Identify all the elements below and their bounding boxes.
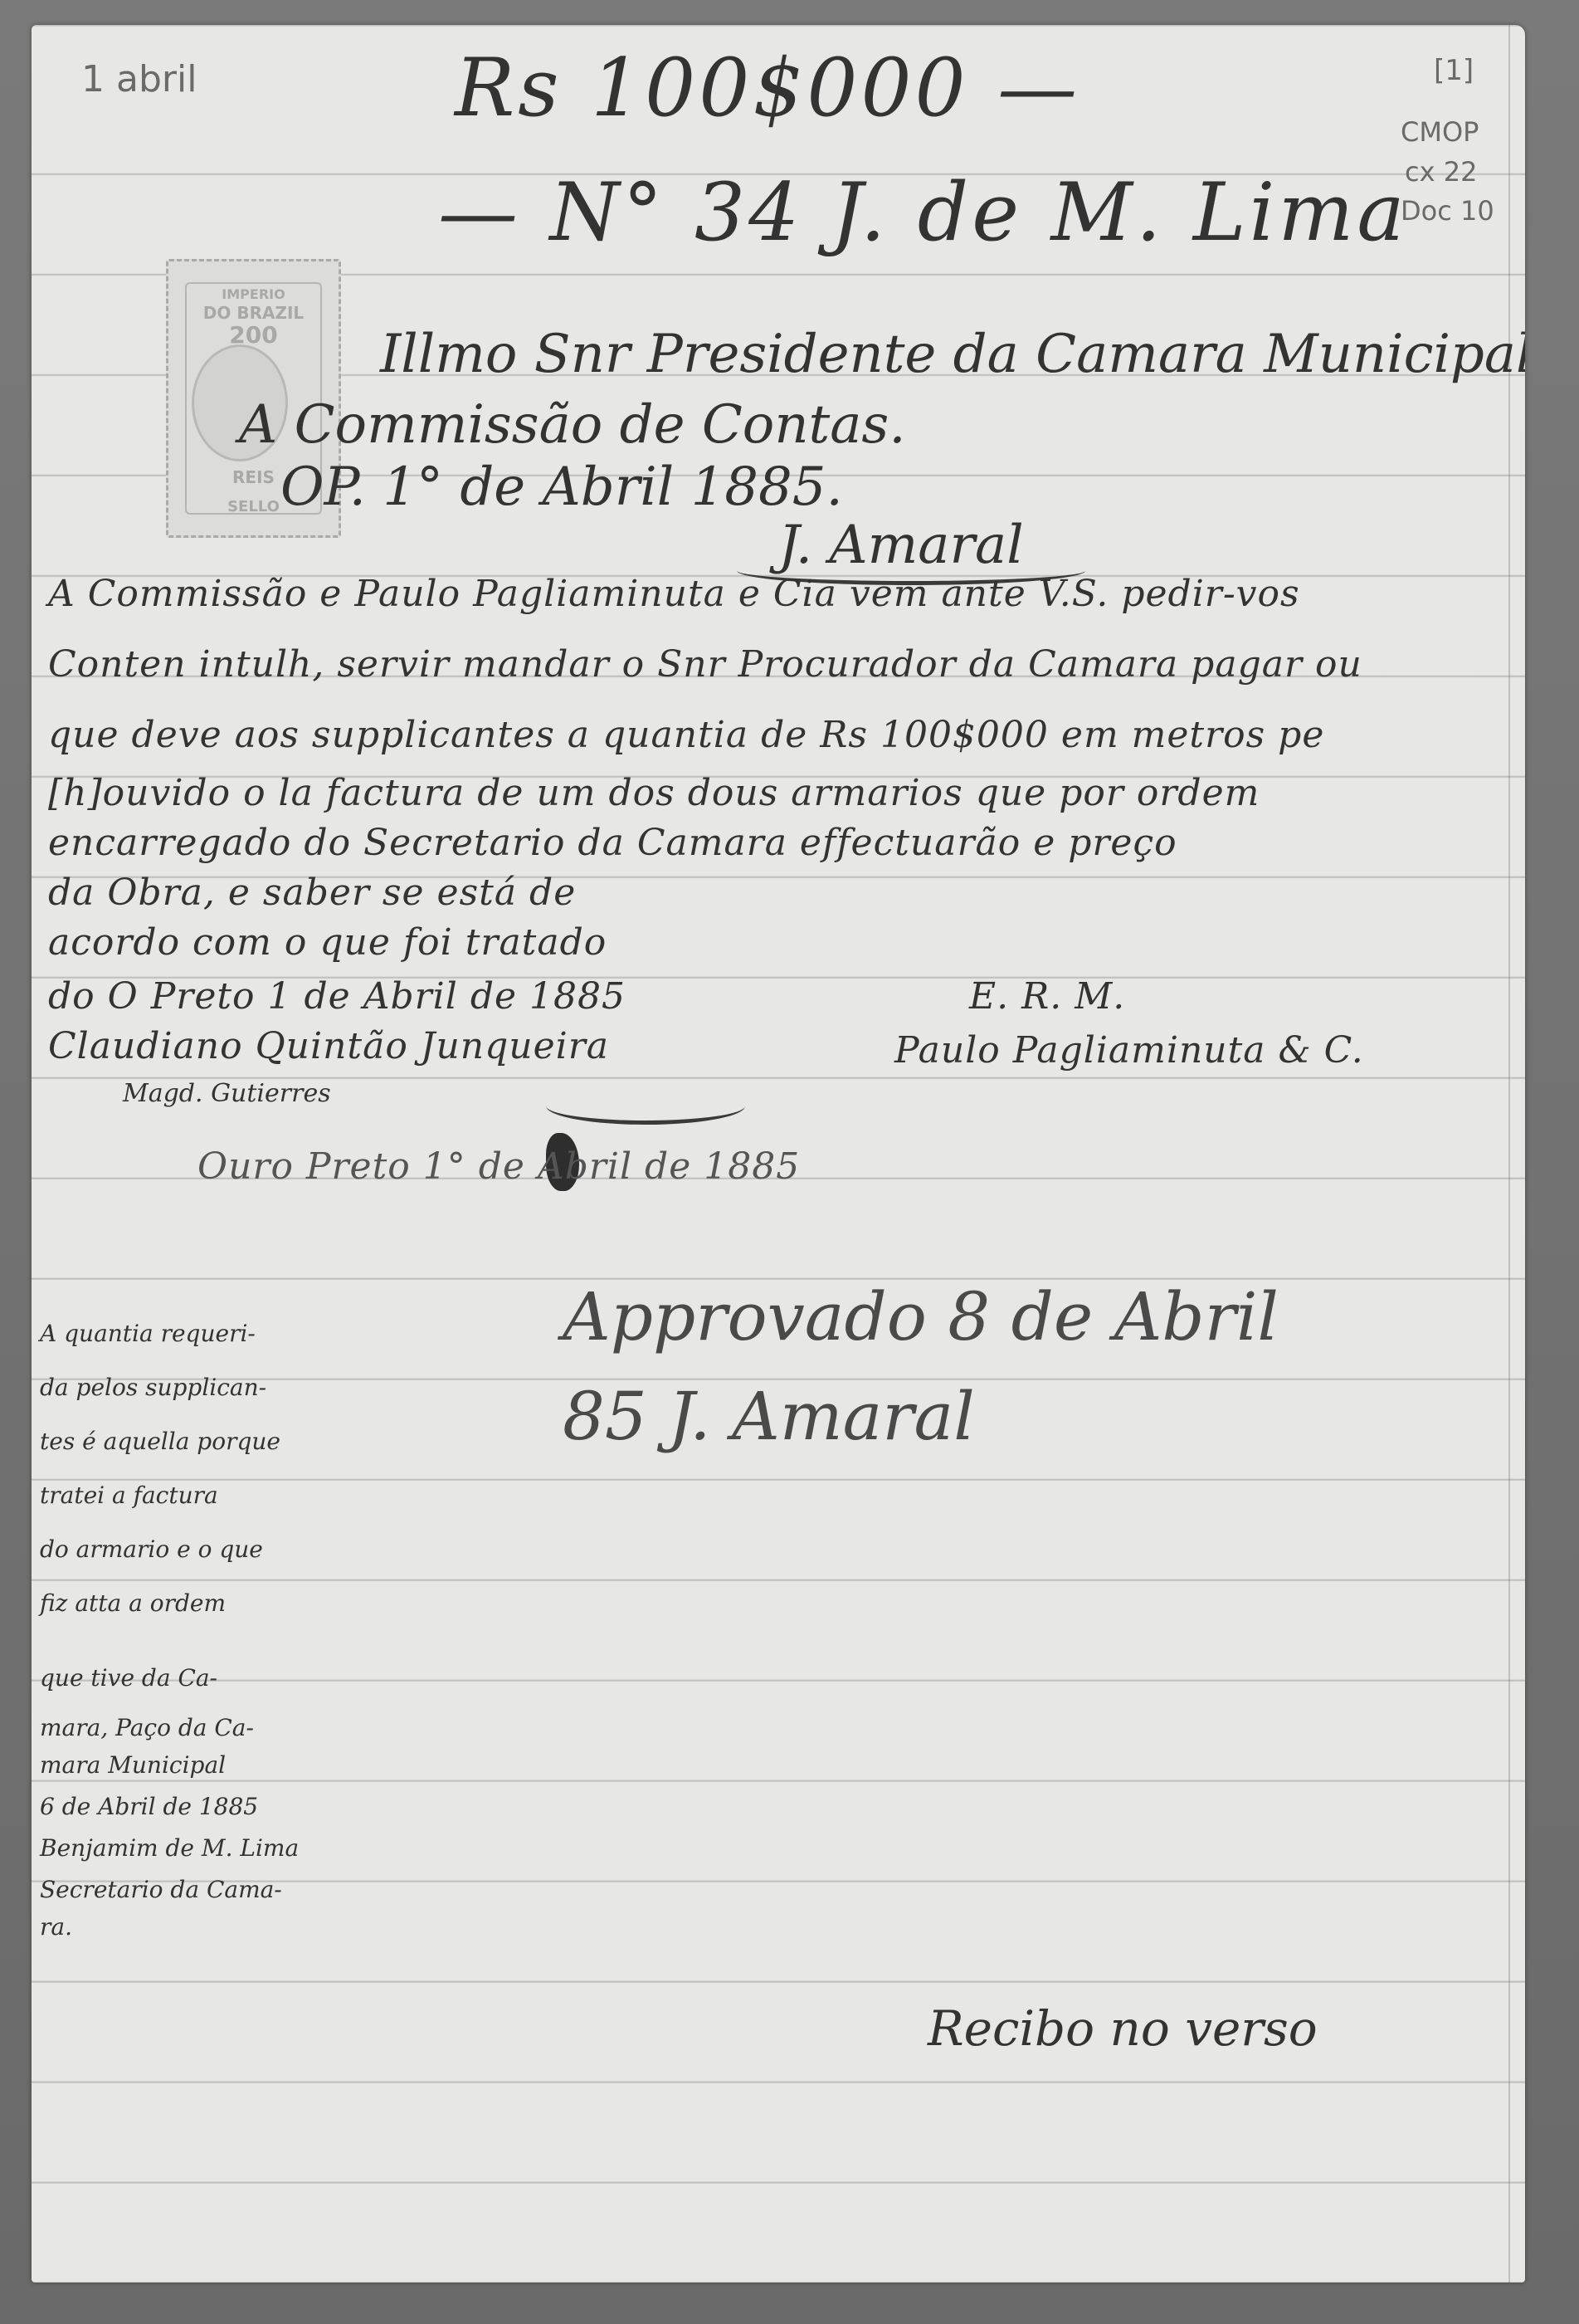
margin-note-line: mara Municipal xyxy=(40,1751,226,1779)
signatory-title: Magd. Gutierres xyxy=(123,1079,331,1108)
margin-note-line: do armario e o que xyxy=(40,1535,263,1563)
petition-line: que deve aos supplicantes a quantia de R… xyxy=(48,714,1324,756)
margin-note-line: Benjamim de M. Lima xyxy=(40,1834,299,1862)
margin-note-line: mara, Paço da Ca- xyxy=(40,1714,254,1741)
closing-place-date: do O Preto 1 de Abril de 1885 xyxy=(48,975,626,1018)
margin-note-line: que tive da Ca- xyxy=(40,1664,217,1692)
stamp-text-brazil: DO BRAZIL xyxy=(168,303,339,323)
petition-line: A Commissão e Paulo Pagliaminuta e Cia v… xyxy=(48,573,1300,615)
margin-note-line: A quantia requeri- xyxy=(40,1320,256,1347)
number-heading: — N° 34 J. de M. Lima xyxy=(438,166,1408,259)
margin-note-line: tes é aquella porque xyxy=(40,1428,280,1455)
approval-line: Approvado 8 de Abril xyxy=(563,1278,1279,1355)
margin-note-line: fiz atta a ordem xyxy=(40,1589,226,1617)
receipt-note: Recibo no verso xyxy=(928,2000,1318,2057)
town-date: Ouro Preto 1° de Abril de 1885 xyxy=(197,1145,800,1188)
petition-line: encarregado do Secretario da Camara effe… xyxy=(48,822,1177,864)
archive-collection-ref: CMOP xyxy=(1401,116,1479,148)
archive-box-ref: cx 22 xyxy=(1405,156,1477,188)
addressee: Illmo Snr Presidente da Camara Municipal xyxy=(380,324,1525,385)
approval-signature: 85 J. Amaral xyxy=(563,1378,975,1455)
amount-heading: Rs 100$000 — xyxy=(455,41,1080,134)
signature-flourish-icon xyxy=(546,1087,745,1125)
archive-date-note: 1 abril xyxy=(81,58,197,100)
margin-note-line: 6 de Abril de 1885 xyxy=(40,1793,258,1820)
margin-note-line: ra. xyxy=(40,1913,72,1941)
petition-line: da Obra, e saber se está de xyxy=(48,871,576,914)
company-signature: Paulo Pagliaminuta & C. xyxy=(894,1029,1364,1072)
margin-note-line: tratei a factura xyxy=(40,1482,218,1509)
dispatch-date: OP. 1° de Abril 1885. xyxy=(280,456,843,518)
archive-page-number: [1] xyxy=(1434,54,1474,87)
petition-line: acordo com o que foi tratado xyxy=(48,921,607,964)
document-page: 1 abril [1] CMOP cx 22 Doc 10 Rs 100$000… xyxy=(32,25,1525,2282)
dispatch-commission: A Commissão de Contas. xyxy=(239,394,906,456)
petition-line: [h]ouvido o la factura de um dos dous ar… xyxy=(48,772,1260,814)
margin-note-line: da pelos supplican- xyxy=(40,1374,266,1401)
signatory-name: Claudiano Quintão Junqueira xyxy=(48,1025,609,1067)
closing-erm: E. R. M. xyxy=(969,975,1125,1018)
margin-note-line: Secretario da Cama- xyxy=(40,1876,282,1903)
petition-line: Conten intulh, servir mandar o Snr Procu… xyxy=(48,643,1362,686)
stamp-value: 200 xyxy=(168,321,339,349)
archive-doc-ref: Doc 10 xyxy=(1401,195,1494,227)
stamp-text-empire: IMPERIO xyxy=(168,286,339,302)
